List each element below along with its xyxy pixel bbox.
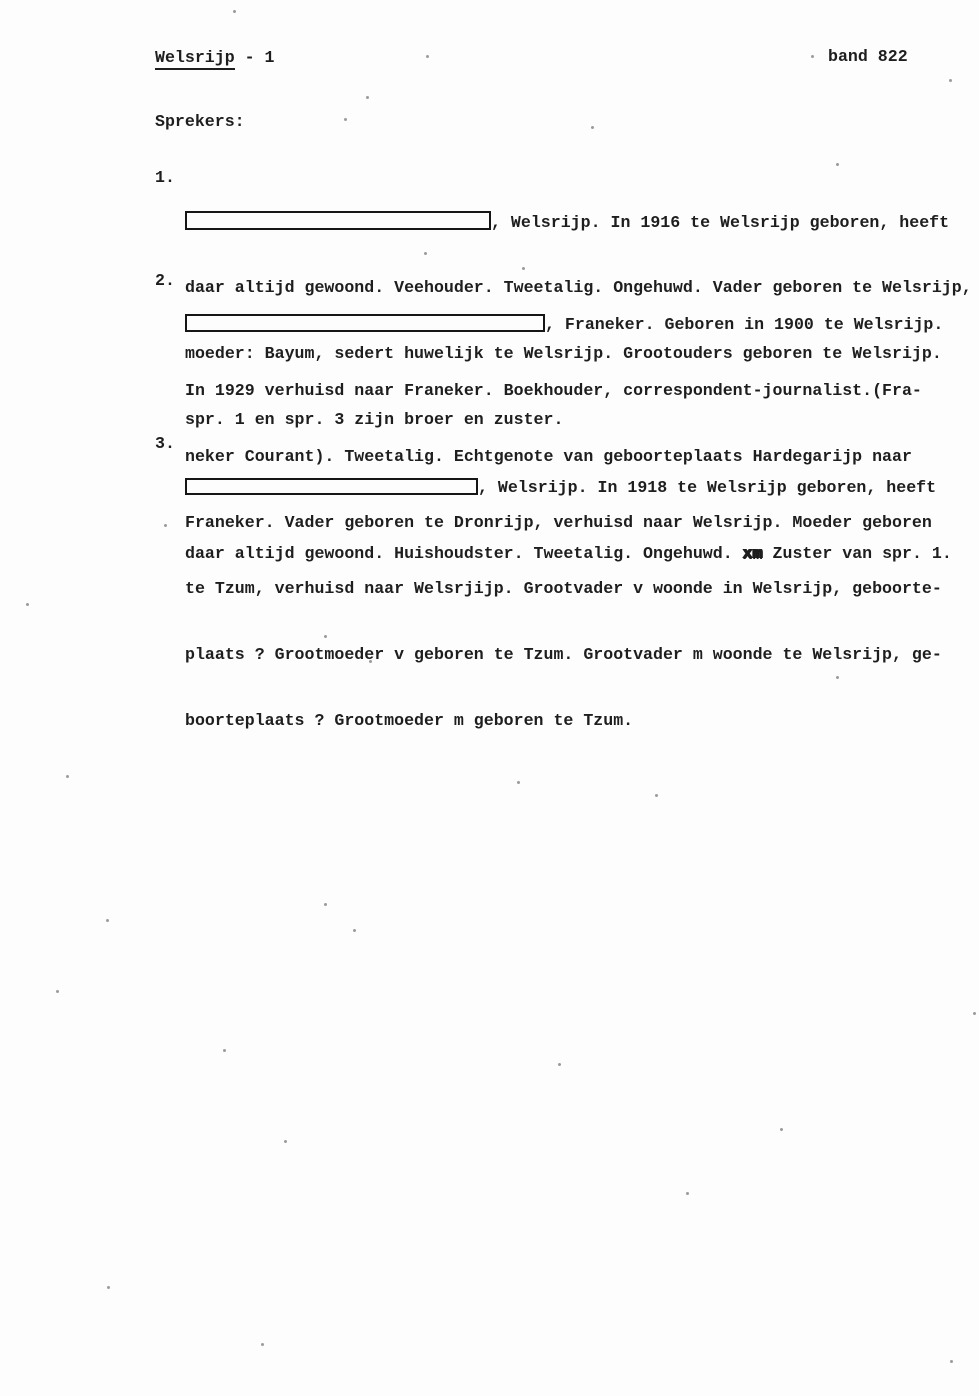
scan-speck xyxy=(324,903,327,906)
speaker-text-line: In 1929 verhuisd naar Franeker. Boekhoud… xyxy=(185,380,943,402)
scan-speck xyxy=(426,55,429,58)
speaker-entry-3: 3. , Welsrijp. In 1918 te Welsrijp gebor… xyxy=(155,433,952,609)
document-page: Welsrijp - 1 band 822 Sprekers: 1. , Wel… xyxy=(0,0,979,1396)
scan-speck xyxy=(223,1049,226,1052)
band-number-label: band 822 xyxy=(828,46,908,68)
speaker-text-line: boorteplaats ? Grootmoeder m geboren te … xyxy=(185,710,943,732)
scan-speck xyxy=(261,1343,264,1346)
scan-speck xyxy=(284,1140,287,1143)
scan-speck xyxy=(973,1012,976,1015)
speaker-text-line: , Welsrijp. In 1918 te Welsrijp geboren,… xyxy=(185,477,952,499)
scan-speck xyxy=(836,163,839,166)
typed-strikeover: xm xyxy=(743,544,763,563)
speaker-text-line: , Welsrijp. In 1916 te Welsrijp geboren,… xyxy=(185,211,972,233)
speaker-number: 1. xyxy=(155,167,185,189)
scan-speck xyxy=(949,79,952,82)
speaker-text-line: plaats ? Grootmoeder v geboren te Tzum. … xyxy=(185,644,943,666)
scan-speck xyxy=(233,10,236,13)
scan-speck xyxy=(56,990,59,993)
scan-speck xyxy=(522,267,525,270)
scan-speck xyxy=(780,1128,783,1131)
speaker-text-after-box: , Welsrijp. In 1916 te Welsrijp geboren,… xyxy=(491,213,949,232)
speaker-number: 3. xyxy=(155,433,185,455)
scan-speck xyxy=(106,919,109,922)
speaker-text-line: daar altijd gewoond. Huishoudster. Tweet… xyxy=(185,543,952,565)
speaker-text-after-box: , Welsrijp. In 1918 te Welsrijp geboren,… xyxy=(478,478,936,497)
page-title-underlined: Welsrijp xyxy=(155,48,235,70)
scan-speck xyxy=(686,1192,689,1195)
scan-speck xyxy=(517,781,520,784)
redaction-box xyxy=(185,314,545,332)
page-title-suffix: - 1 xyxy=(235,48,275,67)
speakers-heading: Sprekers: xyxy=(155,111,245,133)
scan-speck xyxy=(836,676,839,679)
speaker-text-after-box: , Franeker. Geboren in 1900 te Welsrijp. xyxy=(545,315,943,334)
scan-speck xyxy=(107,1286,110,1289)
scan-speck xyxy=(66,775,69,778)
speaker-number: 2. xyxy=(155,270,185,292)
page-title: Welsrijp - 1 xyxy=(155,47,275,69)
scan-speck xyxy=(950,1360,953,1363)
redaction-box xyxy=(185,478,478,495)
speaker-text-line: , Franeker. Geboren in 1900 te Welsrijp. xyxy=(185,314,943,336)
scan-speck xyxy=(353,929,356,932)
scan-speck xyxy=(591,126,594,129)
scan-speck xyxy=(558,1063,561,1066)
scan-speck xyxy=(26,603,29,606)
scan-speck xyxy=(164,524,167,527)
scan-speck xyxy=(324,635,327,638)
scan-speck xyxy=(366,96,369,99)
scan-speck xyxy=(811,55,814,58)
scan-speck xyxy=(369,660,372,663)
scan-speck xyxy=(424,252,427,255)
scan-speck xyxy=(655,794,658,797)
scan-speck xyxy=(344,118,347,121)
redaction-box xyxy=(185,211,491,230)
